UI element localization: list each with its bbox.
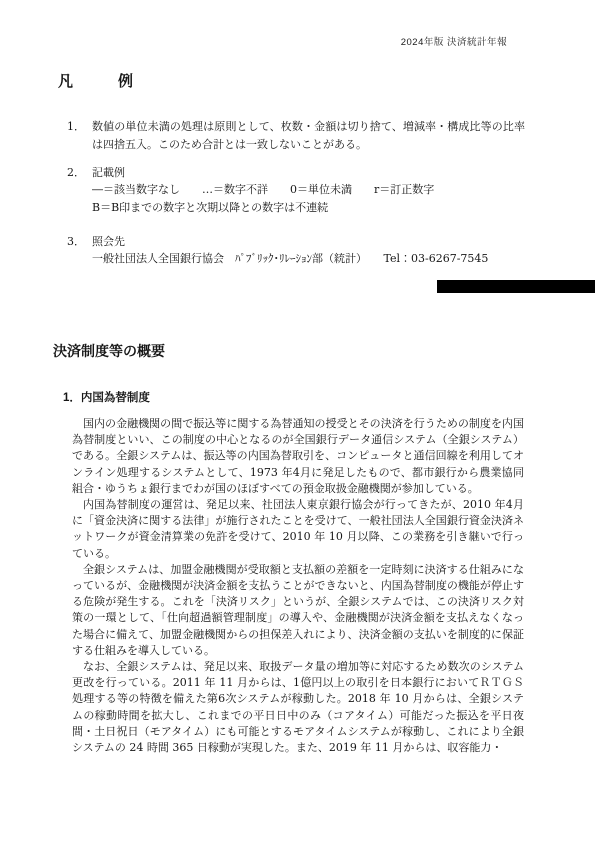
legend-item-3-number: 3． (67, 233, 92, 251)
legend-title: 凡 例 (58, 70, 133, 91)
legend-item-1-number: 1． (67, 118, 92, 154)
body-paragraph-4: なお、全銀システムは、発足以来、取扱データ量の増加等に対応するため数次のシステム… (72, 659, 524, 756)
legend-item-2-number: 2． (67, 164, 92, 182)
legend-item-3-contact-line: 一般社団法人全国銀行協会 ﾊﾟﾌﾞﾘｯｸ･ﾘﾚｰｼｮﾝ部（統計） Tel：03-… (92, 250, 532, 268)
section-1-heading: 1．内国為替制度 (63, 389, 150, 405)
body-paragraph-1: 国内の金融機関の間で振込等に関する為替通知の授受とその決済を行うための制度を内国… (72, 416, 524, 497)
legend-item-1: 1． 数値の単位未満の処理は原則として、枚数・金額は切り捨て、増減率・構成比等の… (67, 118, 525, 154)
black-redaction-bar (437, 280, 595, 293)
overview-title: 決済制度等の概要 (53, 341, 165, 361)
section-1-body: 国内の金融機関の間で振込等に関する為替通知の授受とその決済を行うための制度を内国… (72, 416, 524, 756)
body-paragraph-2: 内国為替制度の運営は、発足以来、社団法人東京銀行協会が行ってきたが、2010 年… (72, 497, 524, 562)
legend-item-3-label: 照会先 (92, 233, 525, 251)
legend-item-2-symbols-line: ―＝該当数字なし …＝数字不詳 0＝単位未満 r＝訂正数字 (92, 181, 532, 199)
legend-item-1-text: 数値の単位未満の処理は原則として、枚数・金額は切り捨て、増減率・構成比等の比率は… (92, 118, 525, 154)
legend-item-3: 3． 照会先 (67, 233, 525, 251)
page-header-title: 2024年版 決済統計年報 (0, 34, 507, 48)
body-paragraph-3: 全銀システムは、加盟金融機関が受取額と支払額の差額を一定時刻に決済する仕組みにな… (72, 562, 524, 659)
legend-item-2: 2． 記載例 (67, 164, 525, 182)
legend-item-2-label: 記載例 (92, 164, 525, 182)
legend-item-2-continuity-line: B＝B印までの数字と次期以降との数字は不連続 (92, 199, 532, 217)
document-page: 2024年版 決済統計年報 凡 例 1． 数値の単位未満の処理は原則として、枚数… (0, 0, 595, 842)
